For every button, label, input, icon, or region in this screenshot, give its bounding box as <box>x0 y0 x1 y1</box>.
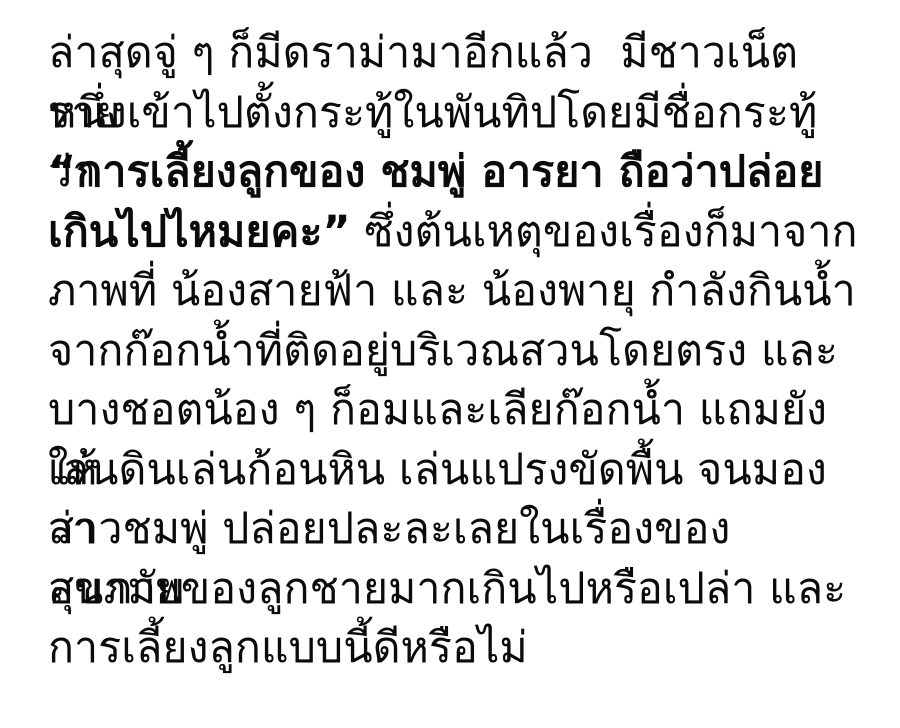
text-segment: ซึ่งต้นเหตุของเรื่องก็มาจาก <box>351 207 858 257</box>
article-text: ล่าสุดจู่ ๆ ก็มีดราม่ามาอีกแล้ว มีชาวเน็… <box>48 24 864 679</box>
text-line: เล่นดินเล่นก้อนหิน เล่นแปรงขัดพื้น จนมอง… <box>48 441 864 501</box>
text-line: “การเลี้ยงลูกของ ชมพู่ อารยา ถือว่าปล่อย <box>48 143 864 203</box>
text-segment: “การเลี้ยงลูกของ ชมพู่ อารยา ถือว่าปล่อย <box>48 147 823 197</box>
text-segment: ภาพที่ น้องสายฟ้า และ น้องพายุ กำลังกินน… <box>48 266 856 316</box>
text-line: อนามัยของลูกชายมากเกินไปหรือเปล่า และ <box>48 560 864 620</box>
text-segment: อนามัยของลูกชายมากเกินไปหรือเปล่า และ <box>48 564 846 614</box>
text-line: เกินไปไหมยคะ” ซึ่งต้นเหตุของเรื่องก็มาจา… <box>48 203 864 263</box>
text-line: หนึ่งเข้าไปตั้งกระทู้ในพันทิปโดยมีชื่อกร… <box>48 84 864 144</box>
text-line: จากก๊อกน้ำที่ติดอยู่บริเวณสวนโดยตรง และ <box>48 322 864 382</box>
text-segment: การเลี้ยงลูกแบบนี้ดีหรือไม่ <box>48 623 528 673</box>
text-line: ภาพที่ น้องสายฟ้า และ น้องพายุ กำลังกินน… <box>48 262 864 322</box>
text-segment: เกินไปไหมยคะ” <box>48 207 351 257</box>
text-line: สาวชมพู่ ปล่อยปละละเลยในเรื่องของสุขภาพ <box>48 500 864 560</box>
text-line: บางชอตน้อง ๆ ก็อมและเลียก๊อกน้ำ แถมยังให… <box>48 381 864 441</box>
page: ล่าสุดจู่ ๆ ก็มีดราม่ามาอีกแล้ว มีชาวเน็… <box>0 0 900 728</box>
text-segment: จากก๊อกน้ำที่ติดอยู่บริเวณสวนโดยตรง และ <box>48 326 838 376</box>
text-line: การเลี้ยงลูกแบบนี้ดีหรือไม่ <box>48 619 864 679</box>
text-line: ล่าสุดจู่ ๆ ก็มีดราม่ามาอีกแล้ว มีชาวเน็… <box>48 24 864 84</box>
